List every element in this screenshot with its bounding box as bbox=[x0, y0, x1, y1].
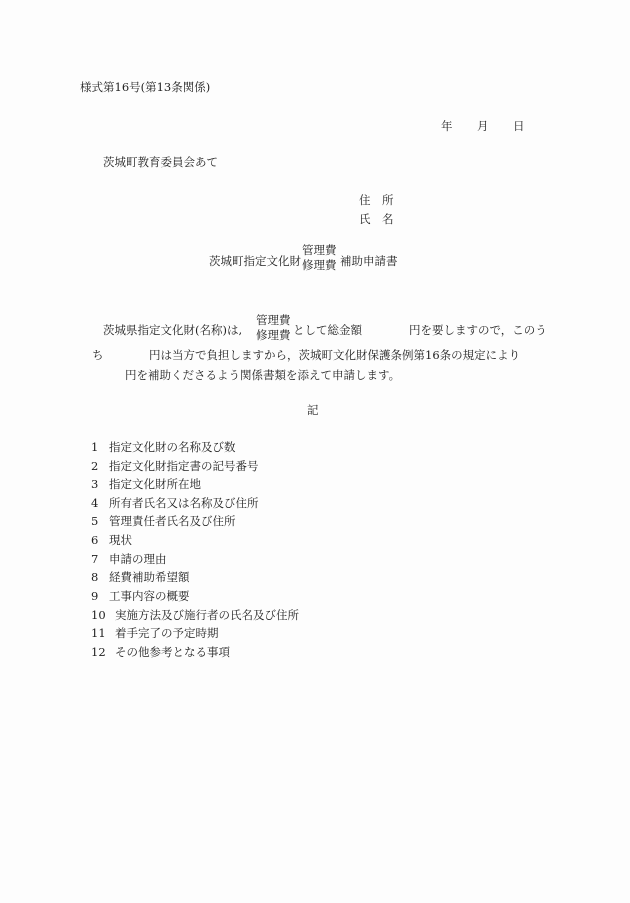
form-number: 様式第16号(第13条関係) bbox=[80, 82, 210, 94]
address-label: 住 所 bbox=[359, 195, 394, 207]
list-item: 7申請の理由 bbox=[91, 554, 167, 566]
month-label: 月 bbox=[477, 121, 489, 133]
body-line2-prefix: ち bbox=[92, 350, 104, 362]
list-item: 1指定文化財の名称及び数 bbox=[91, 442, 236, 454]
addressee: 茨城町教育委員会あて bbox=[103, 157, 218, 169]
body-line3-text: 円を補助くださるよう関係書類を添えて申請します。 bbox=[125, 370, 400, 382]
body-line1-mid: として総金額 bbox=[293, 325, 362, 337]
title-option-repair: 修理費 bbox=[302, 260, 337, 275]
list-item: 9工事内容の概要 bbox=[91, 591, 190, 603]
list-item: 11着手完了の予定時期 bbox=[91, 628, 219, 640]
list-item: 12その他参考となる事項 bbox=[91, 647, 230, 659]
list-item: 6現状 bbox=[91, 535, 132, 547]
list-item: 2指定文化財指定書の記号番号 bbox=[91, 461, 259, 473]
list-item: 8経費補助希望額 bbox=[91, 572, 190, 584]
body-line1-prefix: 茨城県指定文化財(名称)は, bbox=[103, 325, 242, 337]
body-option-repair: 修理費 bbox=[256, 330, 291, 345]
list-item: 3指定文化財所在地 bbox=[91, 479, 201, 491]
year-label: 年 bbox=[441, 121, 453, 133]
title-option-stack: 管理費 修理費 bbox=[302, 245, 337, 275]
title-prefix: 茨城町指定文化財 bbox=[209, 256, 301, 268]
ki-heading: 記 bbox=[307, 405, 319, 417]
title-suffix: 補助申請書 bbox=[340, 256, 398, 268]
list-item: 10実施方法及び施行者の氏名及び住所 bbox=[91, 610, 299, 622]
body-line1-suffix: 円を要しますので，このう bbox=[409, 325, 547, 337]
day-label: 日 bbox=[513, 121, 525, 133]
name-label: 氏 名 bbox=[359, 214, 394, 226]
body-option-stack: 管理費 修理費 bbox=[256, 315, 291, 345]
list-item: 4所有者氏名又は名称及び住所 bbox=[91, 498, 259, 510]
list-item: 5管理責任者氏名及び住所 bbox=[91, 516, 236, 528]
body-line2-text: 円は当方で負担しますから，茨城町文化財保護条例第16条の規定により bbox=[149, 350, 520, 362]
